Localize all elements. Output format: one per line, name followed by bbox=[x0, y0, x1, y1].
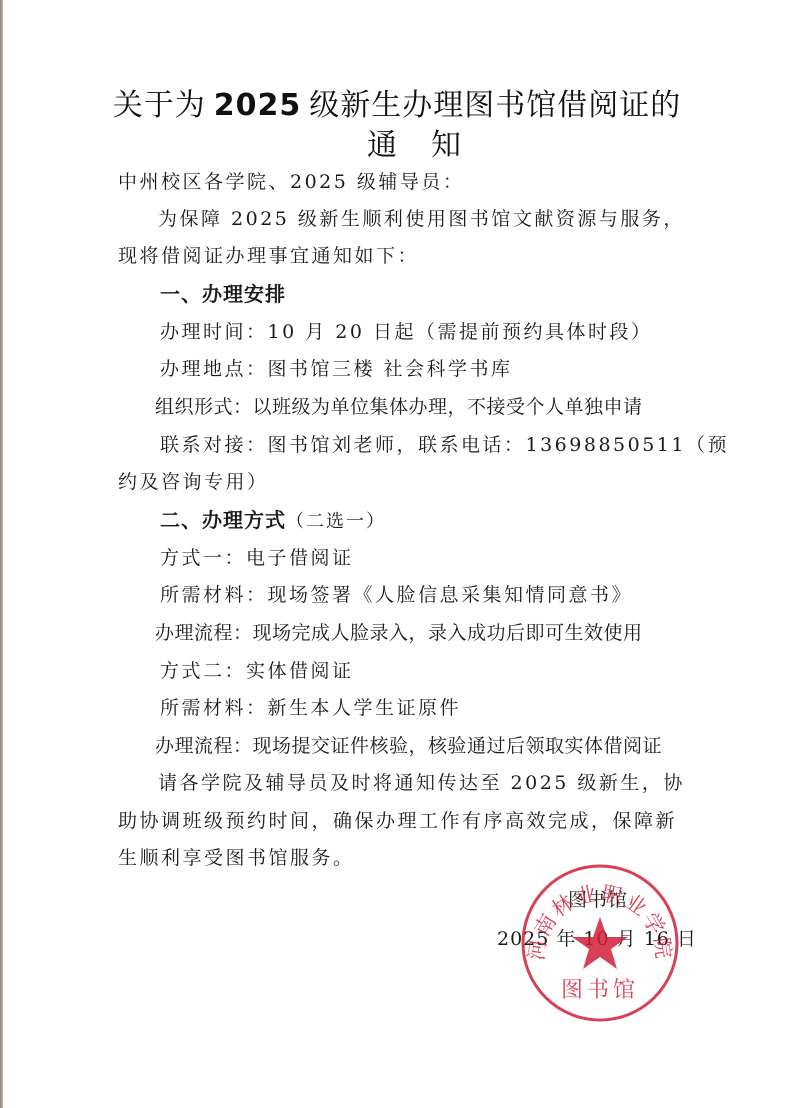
arrangement-format: 组织形式：以班级为单位集体办理，不接受个人单独申请 bbox=[155, 395, 643, 419]
star-icon bbox=[572, 917, 628, 969]
seal-bottom-text: 图书馆 bbox=[561, 978, 639, 1003]
closing-line-1: 请各学院及辅导员及时将通知传达至 2025 级新生，协 bbox=[158, 771, 685, 795]
method1-title: 方式一：电子借阅证 bbox=[160, 546, 354, 570]
scan-edge bbox=[0, 0, 3, 1108]
document-title: 关于为2025级新生办理图书馆借阅证的 bbox=[0, 80, 794, 124]
method2-process: 办理流程：现场提交证件核验，核验通过后领取实体借阅证 bbox=[155, 734, 662, 758]
intro-line-1: 为保障 2025 级新生顺利使用图书馆文献资源与服务， bbox=[158, 207, 685, 231]
arrangement-time: 办理时间：10 月 20 日起（需提前预约具体时段） bbox=[160, 320, 652, 344]
arrangement-location: 办理地点：图书馆三楼 社会科学书库 bbox=[160, 357, 513, 381]
method2-title: 方式二：实体借阅证 bbox=[160, 659, 354, 683]
title-prefix: 关于为 bbox=[113, 88, 206, 123]
method1-materials: 所需材料：现场签署《人脸信息采集知情同意书》 bbox=[160, 583, 633, 607]
method2-materials: 所需材料：新生本人学生证原件 bbox=[160, 696, 461, 720]
section2-heading-note: （二选一） bbox=[286, 511, 386, 532]
official-seal: 河南林业职业学院 图书馆 bbox=[519, 862, 681, 1024]
closing-line-3: 生顺利享受图书馆服务。 bbox=[118, 846, 355, 870]
title-year: 2025 bbox=[214, 88, 302, 123]
document-title-line2: 通知 bbox=[0, 120, 794, 164]
closing-line-2: 助协调班级预约时间，确保办理工作有序高效完成，保障新 bbox=[118, 809, 677, 833]
section2-heading-text: 二、办理方式 bbox=[160, 508, 286, 532]
section1-heading: 一、办理安排 bbox=[160, 282, 286, 306]
section2-heading: 二、办理方式（二选一） bbox=[160, 508, 386, 534]
method1-process: 办理流程：现场完成人脸录入，录入成功后即可生效使用 bbox=[155, 621, 643, 645]
intro-line-2: 现将借阅证办理事宜通知如下： bbox=[118, 244, 419, 268]
salutation: 中州校区各学院、2025 级辅导员： bbox=[118, 170, 464, 194]
contact-line-2: 约及咨询专用） bbox=[118, 470, 269, 494]
title-suffix: 级新生办理图书馆借阅证的 bbox=[309, 88, 681, 123]
contact-line-1: 联系对接：图书馆刘老师，联系电话：13698850511（预 bbox=[160, 433, 729, 457]
